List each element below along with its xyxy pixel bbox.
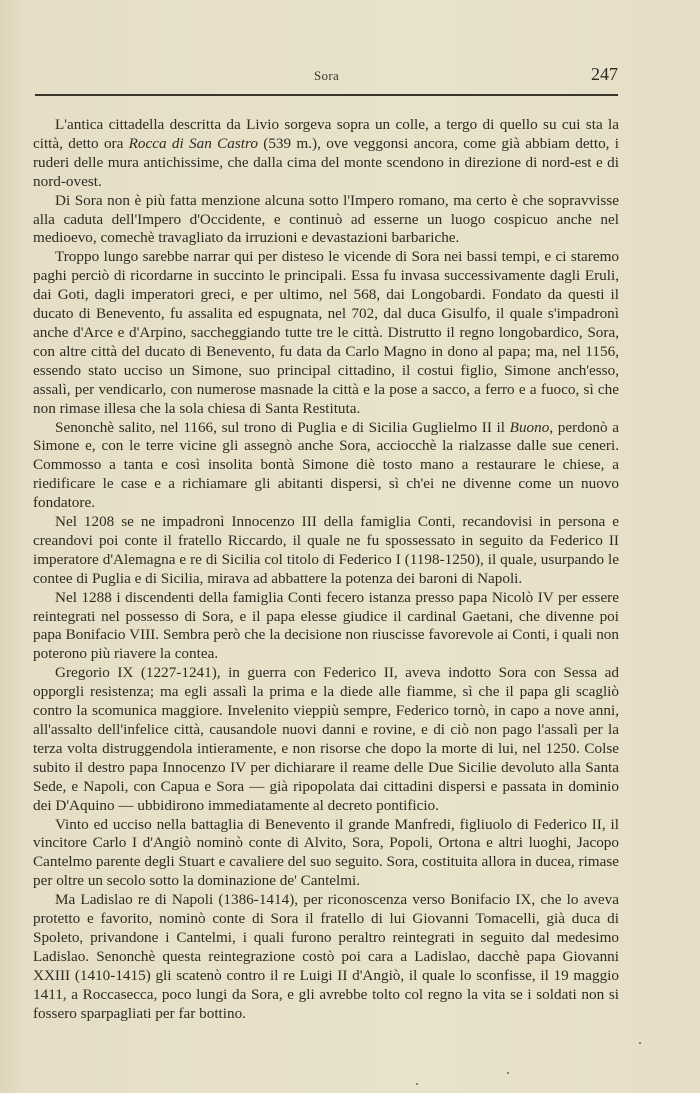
paragraph-text: Nel 1288 i discendenti della famiglia Co… <box>33 589 619 663</box>
paragraph: Gregorio IX (1227-1241), in guerra con F… <box>33 664 619 815</box>
paper-speck <box>507 1072 509 1074</box>
italic-text: Rocca di San Castro <box>129 135 258 152</box>
running-head: Sora 247 <box>35 64 618 88</box>
paragraph: Troppo lungo sarebbe narrar qui per dist… <box>33 248 619 418</box>
running-title: Sora <box>35 68 618 84</box>
paragraph: Senonchè salito, nel 1166, sul trono di … <box>33 419 619 514</box>
paragraph: Vinto ed ucciso nella battaglia di Benev… <box>33 816 619 892</box>
paper-speck <box>416 1083 418 1085</box>
paragraph-text: Di Sora non è più fatta menzione alcuna … <box>33 192 619 247</box>
paper-speck <box>639 1042 641 1044</box>
paragraph-text: Ma Ladislao re di Napoli (1386-1414), pe… <box>33 891 619 1021</box>
page-number: 247 <box>591 64 618 85</box>
paragraph-text: Gregorio IX (1227-1241), in guerra con F… <box>33 664 619 813</box>
paragraph: Nel 1288 i discendenti della famiglia Co… <box>33 589 619 665</box>
body-text: L'antica cittadella descritta da Livio s… <box>33 116 619 1024</box>
paragraph-text: Troppo lungo sarebbe narrar qui per dist… <box>33 248 619 416</box>
paragraph: Di Sora non è più fatta menzione alcuna … <box>33 192 619 249</box>
paragraph: Nel 1208 se ne impadronì Innocenzo III d… <box>33 513 619 589</box>
book-page: Sora 247 L'antica cittadella descritta d… <box>0 0 700 1093</box>
header-rule <box>35 94 618 96</box>
paragraph: L'antica cittadella descritta da Livio s… <box>33 116 619 192</box>
paragraph-text: Vinto ed ucciso nella battaglia di Benev… <box>33 816 619 890</box>
paragraph-text: Senonchè salito, nel 1166, sul trono di … <box>55 419 510 436</box>
italic-text: Buono <box>510 419 550 436</box>
paragraph: Ma Ladislao re di Napoli (1386-1414), pe… <box>33 891 619 1023</box>
paragraph-text: Nel 1208 se ne impadronì Innocenzo III d… <box>33 513 619 587</box>
